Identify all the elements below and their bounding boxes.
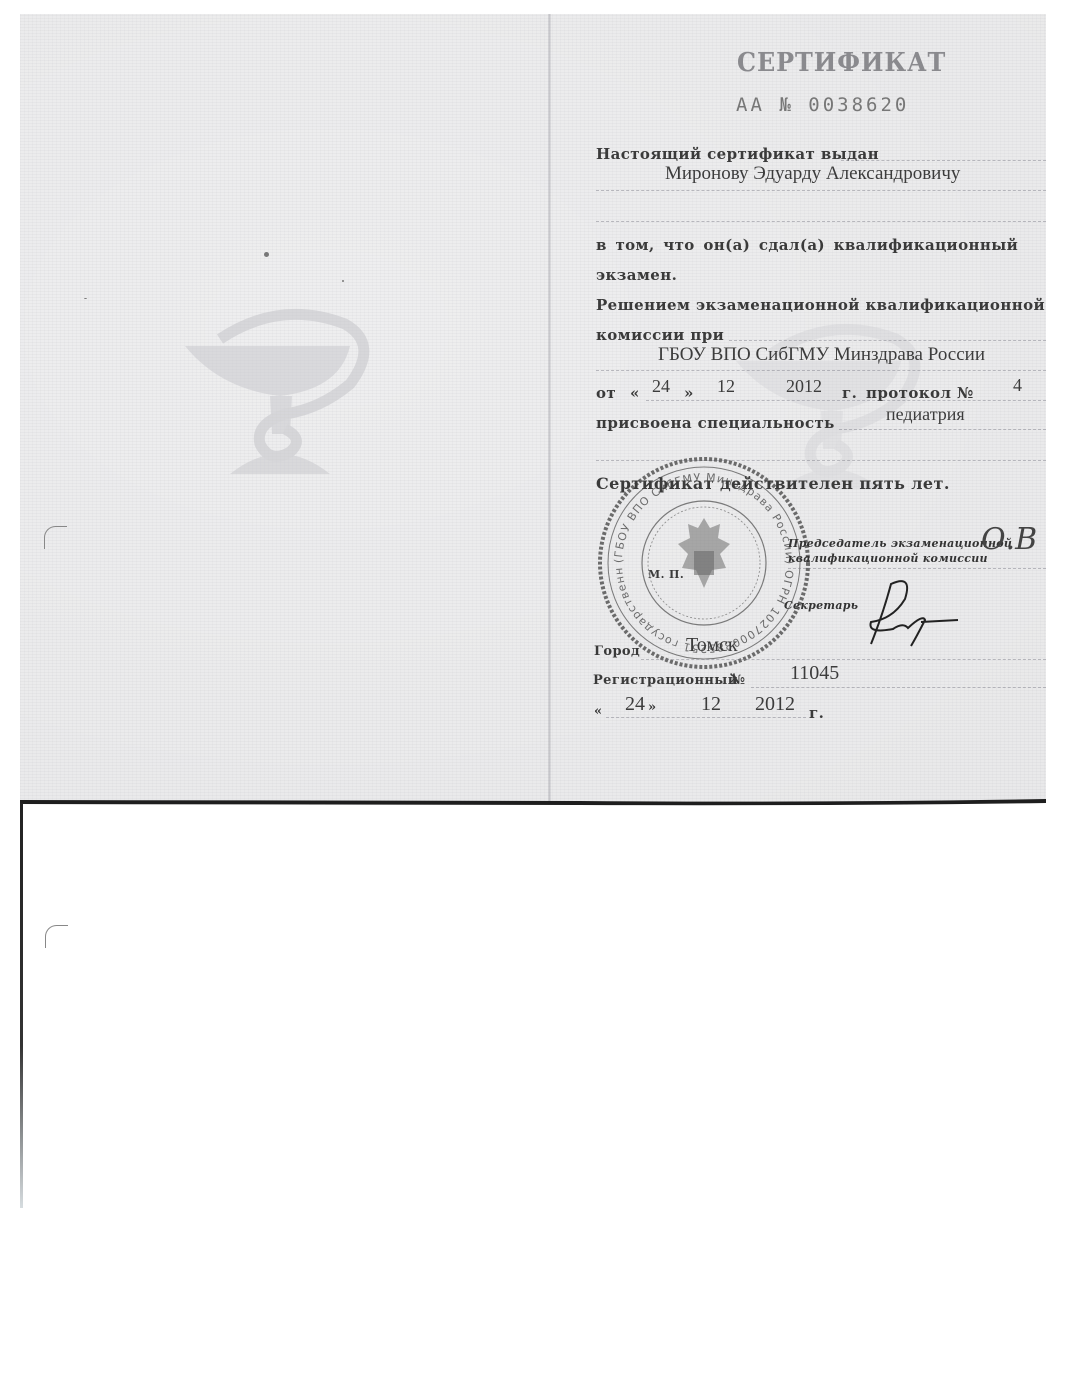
registration-year: 2012: [755, 693, 795, 716]
decision-line1: Решением экзаменационной квалификационно…: [596, 296, 1045, 314]
recipient-name: Миронову Эдуарду Александровичу: [665, 163, 960, 185]
decision-year: 2012: [786, 376, 822, 397]
decision-month: 12: [717, 376, 735, 397]
number-sign: №: [779, 94, 793, 116]
bowl-of-hygieia-emblem-icon: [180, 284, 390, 484]
quote-open: «: [630, 384, 640, 402]
specialty-value: педиатрия: [886, 404, 965, 425]
date-prefix: от: [596, 384, 616, 402]
certificate-spread: СЕРТИФИКАТ АА № 0038620 Настоящий сертиф…: [20, 14, 1046, 802]
certificate-left-page: [20, 14, 548, 802]
passed-exam-line2: экзамен.: [596, 266, 677, 284]
secretary-signature-icon: [863, 574, 973, 649]
scan-speck: [84, 298, 87, 299]
underline: [751, 687, 1046, 688]
certificate-serial: АА № 0038620: [736, 94, 909, 116]
chairman-label-line1: Председатель экзаменационной: [788, 537, 1012, 550]
specialty-label: присвоена специальность: [596, 414, 835, 432]
secretary-label: Секретарь: [784, 599, 858, 612]
page-top-edge: [20, 799, 1046, 807]
page-left-edge: [20, 803, 23, 1208]
certificate-title: СЕРТИФИКАТ: [737, 48, 946, 78]
registration-number: 11045: [790, 662, 839, 685]
chairman-signature: О.В: [981, 522, 1037, 557]
city-label: Город: [594, 644, 640, 659]
underline: [646, 400, 1046, 401]
underline: [729, 340, 1046, 341]
reg-quote-close: »: [648, 700, 657, 715]
reg-year-suffix: г.: [809, 704, 824, 722]
underline: [839, 429, 1046, 430]
registration-sign: №: [731, 673, 746, 688]
certificate-right-page: СЕРТИФИКАТ АА № 0038620 Настоящий сертиф…: [551, 14, 1046, 802]
reg-quote-open: «: [594, 704, 603, 719]
underline: [606, 717, 806, 718]
series: АА: [736, 94, 765, 116]
underline: [596, 221, 1046, 222]
decision-line2: комиссии при: [596, 326, 724, 344]
registration-month: 12: [701, 693, 721, 716]
punch-hole-mark: [44, 526, 67, 549]
chairman-label-line2: квалификационной комиссии: [788, 552, 988, 565]
scan-speck: [264, 252, 269, 257]
registration-day: 24: [625, 693, 645, 716]
passed-exam-line1: в том, что он(а) сдал(а) квалификационны…: [596, 236, 1018, 254]
institution-name: ГБОУ ВПО СибГМУ Минздрава России: [658, 344, 985, 366]
scan-speck: [342, 280, 344, 282]
issued-to-label: Настоящий сертификат выдан: [596, 145, 879, 163]
seal-label: М. П.: [648, 568, 684, 581]
city-value: Томск: [686, 634, 738, 657]
underline: [841, 160, 1046, 161]
protocol-number: 4: [1013, 375, 1022, 396]
registration-label: Регистрационный: [593, 673, 738, 688]
certificate-number: 0038620: [808, 94, 909, 116]
underline: [641, 659, 1046, 660]
underline: [788, 568, 1046, 569]
underline: [596, 190, 1046, 191]
underline: [596, 370, 1046, 371]
punch-hole-mark: [45, 925, 68, 948]
validity-statement: Сертификат действителен пять лет.: [596, 474, 950, 493]
decision-day: 24: [652, 376, 670, 397]
